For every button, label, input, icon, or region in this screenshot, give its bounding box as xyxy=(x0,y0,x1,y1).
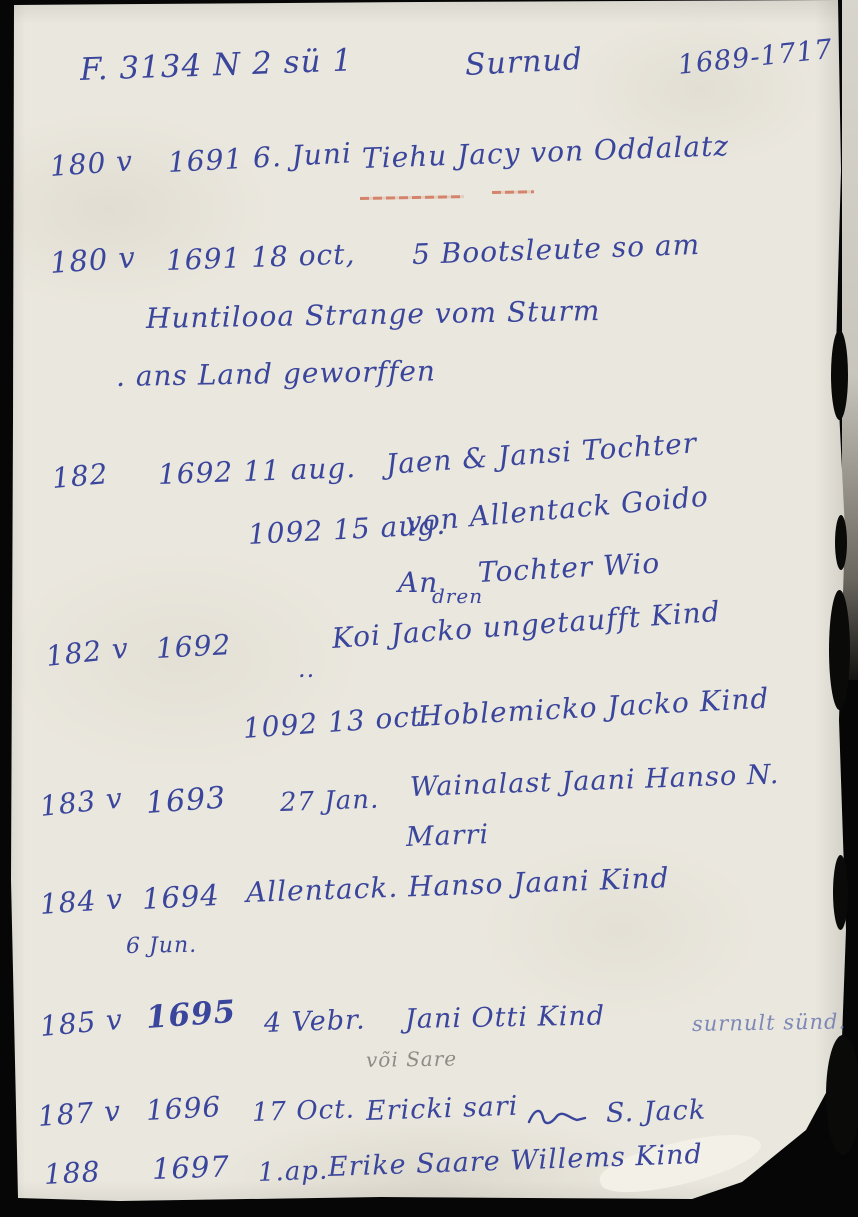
crossed-out-word xyxy=(525,1102,587,1130)
entry-day: 27 Jan. xyxy=(279,785,379,818)
scanned-note-card: F. 3134 N 2 sü 1 Surnud 1689-1717 180 v … xyxy=(0,0,858,1217)
entry-date: 1697 xyxy=(151,1149,230,1186)
entry-date: 1692 xyxy=(155,628,232,665)
torn-edge-patch xyxy=(831,330,848,420)
entry-date: 1691 18 oct, xyxy=(165,237,355,277)
folio-ref: 180 v xyxy=(49,240,137,280)
entry-date: 1694 xyxy=(141,878,220,916)
torn-edge-patch xyxy=(835,515,847,570)
torn-edge-patch xyxy=(833,855,848,930)
folio-ref: 182 xyxy=(51,457,110,495)
folio-ref: 187 v xyxy=(37,1094,122,1133)
entry-date: 1695 xyxy=(145,994,238,1036)
leader-dots: .. xyxy=(298,655,315,683)
torn-edge-patch xyxy=(826,1035,858,1155)
entry-date: 1696 xyxy=(145,1090,222,1127)
entry-day: 4 Vebr. xyxy=(263,1004,366,1039)
pencil-note: või Sare xyxy=(366,1046,458,1072)
folio-ref: 180 v xyxy=(49,144,134,183)
entry-day: 1.ap. xyxy=(257,1156,328,1188)
entry-date: 1693 xyxy=(145,780,228,821)
entry-text-line2: S. Jack xyxy=(605,1095,706,1129)
margin-note-stillborn: surnult sünd. xyxy=(692,1009,847,1036)
folio-ref: 188 xyxy=(43,1155,101,1191)
entry-day: 6 Jun. xyxy=(126,933,198,959)
entry-text-line2: Marri xyxy=(405,819,489,853)
page-title: Surnud xyxy=(464,42,584,83)
entry-day: 17 Oct. xyxy=(251,1094,355,1128)
folio-ref: 184 v xyxy=(39,882,124,921)
torn-edge-patch xyxy=(829,590,850,710)
entry-text-line3-subscript: dren xyxy=(432,584,483,608)
entry-text-line1: Jani Otti Kind xyxy=(405,1001,606,1035)
entry-text-line3: . ans Land geworffen xyxy=(116,354,437,393)
entry-date: 1692 11 aug. xyxy=(157,451,356,491)
entry-text-line1: Ericki sari xyxy=(365,1091,518,1127)
